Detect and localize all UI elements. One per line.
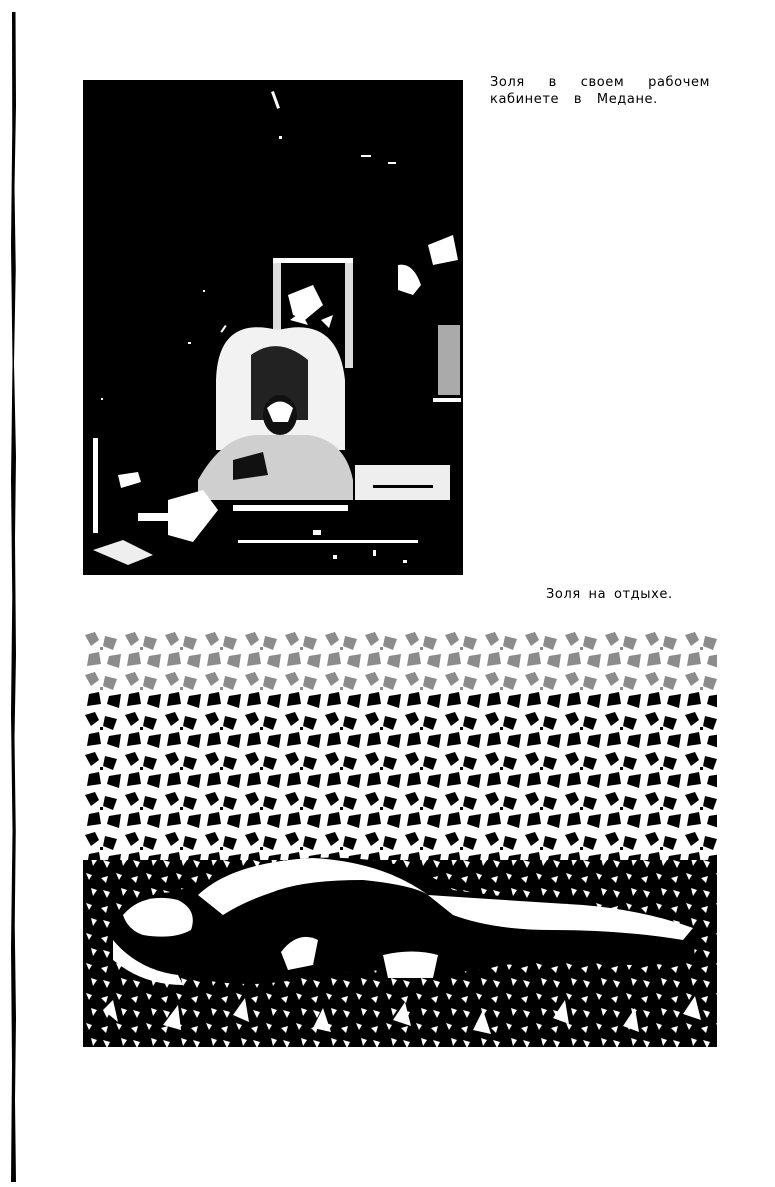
study-photo-illustration xyxy=(83,80,463,575)
resting-photo-illustration xyxy=(83,630,717,1047)
caption-zola-study: Золя в своем рабочем кабинете в Медане. xyxy=(490,74,710,108)
photo-zola-resting xyxy=(83,630,717,1047)
caption-zola-resting: Золя на отдыхе. xyxy=(546,586,673,603)
page-binding-edge xyxy=(11,12,16,1182)
photo-zola-study xyxy=(83,80,463,575)
